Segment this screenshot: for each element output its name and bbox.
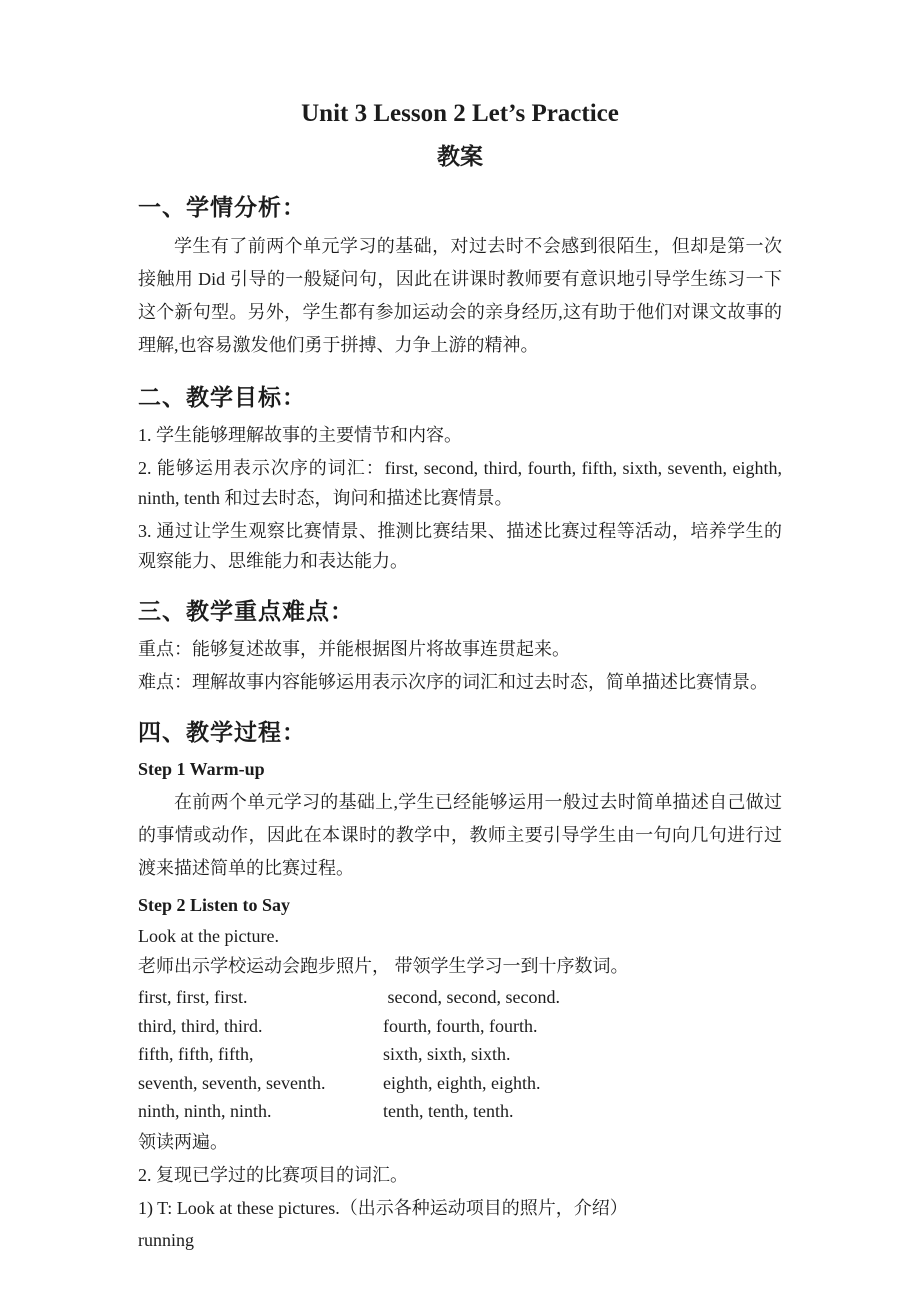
ordinal-cell-sixth: sixth, sixth, sixth. <box>383 1040 782 1069</box>
ordinal-cell-seventh: seventh, seventh, seventh. <box>138 1069 383 1098</box>
ordinal-cell-second: second, second, second. <box>383 983 782 1012</box>
ordinal-cell-third: third, third, third. <box>138 1012 383 1041</box>
section-heading-key-points: 三、教学重点难点： <box>138 596 782 626</box>
ordinal-row-1: first, first, first. second, second, sec… <box>138 983 782 1012</box>
key-point-difficulty: 难点：理解故事内容能够运用表示次序的词汇和过去时态，简单描述比赛情景。 <box>138 667 782 697</box>
document-page: Unit 3 Lesson 2 Let’s Practice 教案 一、学情分析… <box>0 0 920 1302</box>
ordinal-row-4: seventh, seventh, seventh. eighth, eight… <box>138 1069 782 1098</box>
ordinal-cell-tenth: tenth, tenth, tenth. <box>383 1097 782 1126</box>
document-title: Unit 3 Lesson 2 Let’s Practice <box>138 98 782 130</box>
step2-teacher-talk-line: 1) T: Look at these pictures.（出示各种运动项目的照… <box>138 1193 782 1223</box>
ordinal-row-2: third, third, third. fourth, fourth, fou… <box>138 1012 782 1041</box>
objective-item-3: 3. 通过让学生观察比赛情景、推测比赛结果、描述比赛过程等活动，培养学生的观察能… <box>138 516 782 576</box>
step2-look-line: Look at the picture. <box>138 922 782 951</box>
step1-title: Step 1 Warm-up <box>138 755 782 784</box>
ordinal-words-table: first, first, first. second, second, sec… <box>138 983 782 1126</box>
objective-item-2: 2. 能够运用表示次序的词汇：first, second, third, fou… <box>138 453 782 513</box>
ordinal-cell-fifth: fifth, fifth, fifth, <box>138 1040 383 1069</box>
section-heading-process: 四、教学过程： <box>138 717 782 747</box>
section-heading-analysis: 一、学情分析： <box>138 192 782 222</box>
ordinal-row-5: ninth, ninth, ninth. tenth, tenth, tenth… <box>138 1097 782 1126</box>
step2-review-line: 2. 复现已学过的比赛项目的词汇。 <box>138 1160 782 1190</box>
key-point-focus: 重点：能够复述故事，并能根据图片将故事连贯起来。 <box>138 634 782 664</box>
ordinal-cell-first: first, first, first. <box>138 983 383 1012</box>
document-subtitle: 教案 <box>138 142 782 172</box>
analysis-paragraph: 学生有了前两个单元学习的基础，对过去时不会感到很陌生，但却是第一次接触用 Did… <box>138 230 782 362</box>
ordinal-cell-fourth: fourth, fourth, fourth. <box>383 1012 782 1041</box>
step1-paragraph: 在前两个单元学习的基础上,学生已经能够运用一般过去时简单描述自己做过的事情或动作… <box>138 786 782 885</box>
objective-item-1: 1. 学生能够理解故事的主要情节和内容。 <box>138 420 782 450</box>
step2-word-running: running <box>138 1226 782 1255</box>
step2-read-aloud-line: 领读两遍。 <box>138 1128 782 1157</box>
step2-title: Step 2 Listen to Say <box>138 891 782 920</box>
section-heading-objectives: 二、教学目标： <box>138 382 782 412</box>
step2-teacher-line: 老师出示学校运动会跑步照片， 带领学生学习一到十序数词。 <box>138 952 782 981</box>
ordinal-row-3: fifth, fifth, fifth, sixth, sixth, sixth… <box>138 1040 782 1069</box>
ordinal-cell-ninth: ninth, ninth, ninth. <box>138 1097 383 1126</box>
ordinal-cell-eighth: eighth, eighth, eighth. <box>383 1069 782 1098</box>
